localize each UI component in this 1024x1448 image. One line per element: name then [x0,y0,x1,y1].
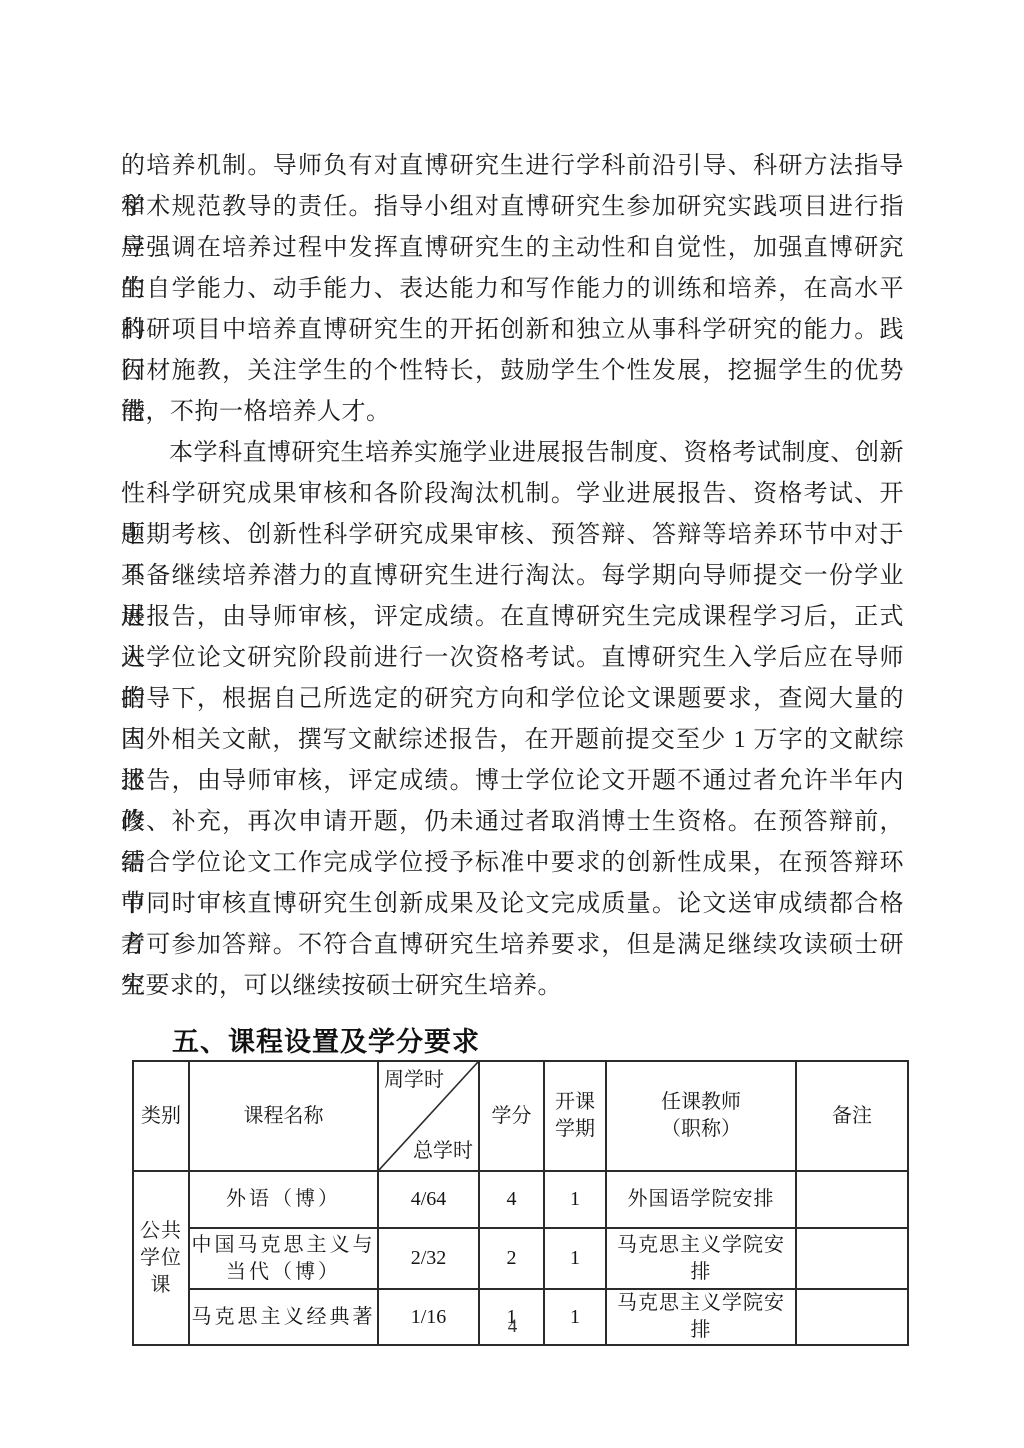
teacher-cell: 外国语学院安排 [606,1171,796,1228]
paragraph-line: 方可参加答辩。不符合直博研究生培养要求，但是满足继续攻读硕士研究 [121,925,904,966]
header-total-hours: 总学时 [413,1138,473,1165]
paragraph-line: 因材施教，关注学生的个性特长，鼓励学生个性发展，挖掘学生的优势潜 [121,351,904,392]
paragraph-line: 科研项目中培养直博研究生的开拓创新和独立从事科学研究的能力。践行 [121,310,904,351]
credits-cell: 2 [479,1228,544,1289]
paragraph-line: 具备继续培养潜力的直博研究生进行淘汰。每学期向导师提交一份学业进 [121,556,904,597]
section-heading: 五、课程设置及学分要求 [172,1020,480,1059]
paragraph-line: 中期考核、创新性科学研究成果审核、预答辩、答辩等培养环节中对于不 [121,515,904,556]
header-credits: 学分 [479,1061,544,1171]
body-text: 的培养机制。导师负有对直博研究生进行学科前沿引导、科研方法指导和 学术规范教导的… [121,146,904,1007]
teacher-cell: 马克思主义学院安排 [606,1228,796,1289]
paragraph-line: 的自学能力、动手能力、表达能力和写作能力的训练和培养，在高水平的 [121,269,904,310]
header-notes: 备注 [796,1061,908,1171]
header-weekly-hours: 周学时 [384,1067,444,1094]
paragraph-2: 本学科直博研究生培养实施学业进展报告制度、资格考试制度、创新 性科学研究成果审核… [121,433,904,1007]
paragraph-line: 中同时审核直博研究生创新成果及论文完成质量。论文送审成绩都合格者 [121,884,904,925]
hours-cell: 2/32 [378,1228,479,1289]
semester-cell: 1 [544,1228,606,1289]
table-row: 中国马克思主义与 当代（博） 2/32 2 1 马克思主义学院安排 [133,1228,908,1289]
paragraph-line: 应强调在培养过程中发挥直博研究生的主动性和自觉性，加强直博研究生 [121,228,904,269]
header-hours-diagonal: 周学时 总学时 [378,1061,479,1171]
paragraph-line: 学术规范教导的责任。指导小组对直博研究生参加研究实践项目进行指导。 [121,187,904,228]
header-category: 类别 [133,1061,189,1171]
credits-cell: 4 [479,1171,544,1228]
header-course-name: 课程名称 [189,1061,378,1171]
paragraph-line: 展报告，由导师审核，评定成绩。在直博研究生完成课程学习后，正式进 [121,597,904,638]
paragraph-line: 内外相关文献，撰写文献综述报告，在开题前提交至少 1 万字的文献综述 [121,720,904,761]
paragraph-line: 本学科直博研究生培养实施学业进展报告制度、资格考试制度、创新 [121,433,904,474]
semester-cell: 1 [544,1171,606,1228]
paragraph-line: 生要求的，可以继续按硕士研究生培养。 [121,966,904,1007]
paragraph-line: 能，不拘一格培养人才。 [121,392,904,433]
table-row: 公共 学位 课 外语（博） 4/64 4 1 外国语学院安排 [133,1171,908,1228]
header-semester: 开课 学期 [544,1061,606,1171]
course-name-cell: 中国马克思主义与 当代（博） [189,1228,378,1289]
paragraph-line: 入学位论文研究阶段前进行一次资格考试。直博研究生入学后应在导师的 [121,638,904,679]
paragraph-line: 报告，由导师审核，评定成绩。博士学位论文开题不通过者允许半年内修 [121,761,904,802]
paragraph-line: 结合学位论文工作完成学位授予标准中要求的创新性成果，在预答辩环节 [121,843,904,884]
paragraph-line: 指导下，根据自己所选定的研究方向和学位论文课题要求，查阅大量的国 [121,679,904,720]
header-teacher: 任课教师 （职称） [606,1061,796,1171]
document-page: 的培养机制。导师负有对直博研究生进行学科前沿引导、科研方法指导和 学术规范教导的… [0,0,1024,1448]
page-number: 4 [121,1316,904,1338]
table-header-row: 类别 课程名称 周学时 总学时 学分 开课 学期 任课教师 （职称） 备注 [133,1061,908,1171]
paragraph-line: 的培养机制。导师负有对直博研究生进行学科前沿引导、科研方法指导和 [121,146,904,187]
paragraph-line: 改、补充，再次申请开题，仍未通过者取消博士生资格。在预答辩前，需 [121,802,904,843]
notes-cell [796,1228,908,1289]
hours-cell: 4/64 [378,1171,479,1228]
course-name-cell: 外语（博） [189,1171,378,1228]
paragraph-line: 性科学研究成果审核和各阶段淘汰机制。学业进展报告、资格考试、开题、 [121,474,904,515]
notes-cell [796,1171,908,1228]
paragraph-1: 的培养机制。导师负有对直博研究生进行学科前沿引导、科研方法指导和 学术规范教导的… [121,146,904,433]
course-table: 类别 课程名称 周学时 总学时 学分 开课 学期 任课教师 （职称） 备注 公共… [132,1060,909,1346]
